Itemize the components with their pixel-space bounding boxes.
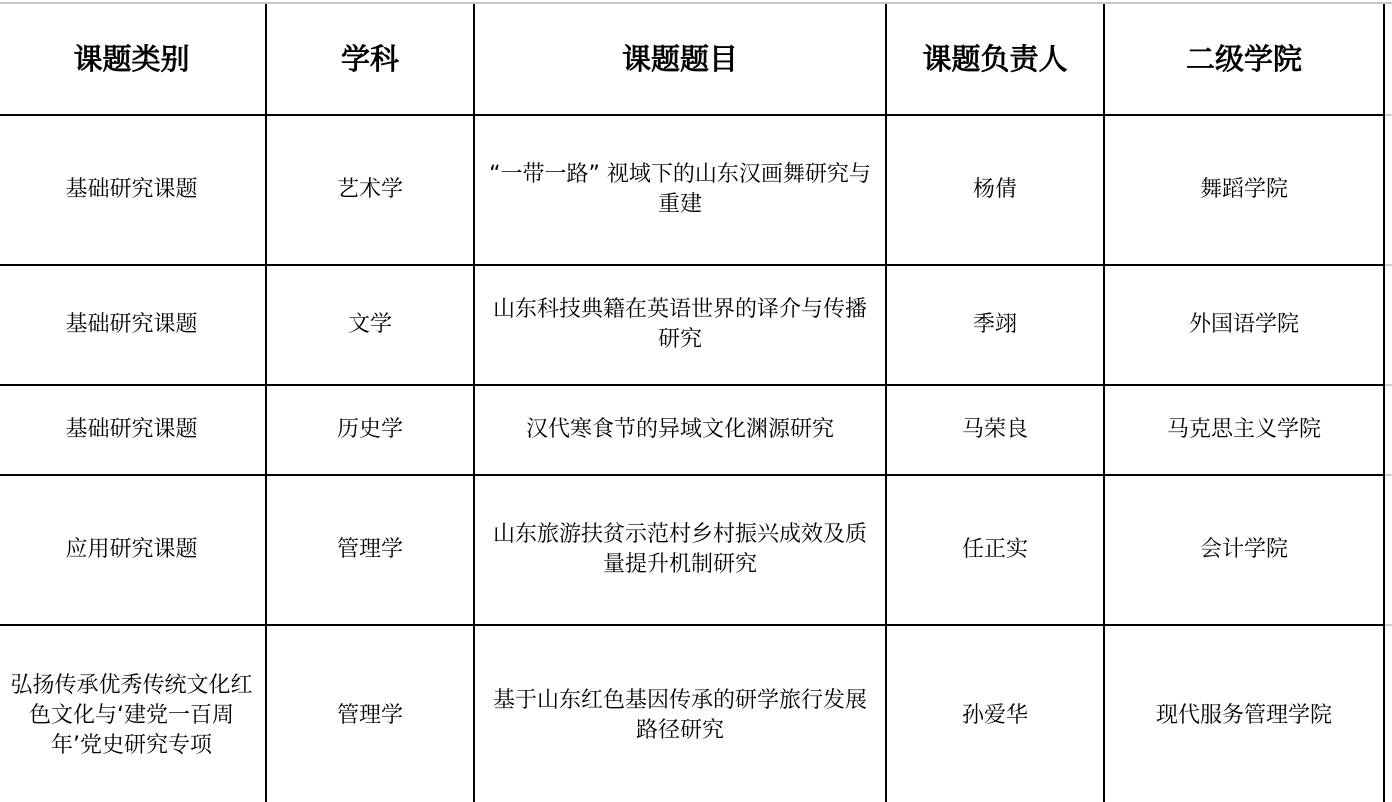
cell-college: 现代服务管理学院 [1104, 625, 1384, 802]
cell-discipline: 艺术学 [266, 115, 474, 265]
cell-title: 汉代寒食节的异域文化渊源研究 [474, 385, 886, 475]
row-divider-stub [1384, 624, 1392, 626]
table-row: 基础研究课题 文学 山东科技典籍在英语世界的译介与传播研究 季翊 外国语学院 [0, 265, 1384, 385]
cell-category: 基础研究课题 [0, 385, 266, 475]
cell-discipline: 管理学 [266, 475, 474, 625]
cell-college: 舞蹈学院 [1104, 115, 1384, 265]
header-category: 课题类别 [0, 4, 266, 115]
research-projects-table: 课题类别 学科 课题题目 课题负责人 二级学院 基础研究课题 艺术学 “一带一路… [0, 4, 1385, 802]
header-leader: 课题负责人 [886, 4, 1104, 115]
header-title: 课题题目 [474, 4, 886, 115]
table-row: 应用研究课题 管理学 山东旅游扶贫示范村乡村振兴成效及质量提升机制研究 任正实 … [0, 475, 1384, 625]
header-college: 二级学院 [1104, 4, 1384, 115]
cell-college: 会计学院 [1104, 475, 1384, 625]
cell-title: 山东科技典籍在英语世界的译介与传播研究 [474, 265, 886, 385]
row-divider-stub [1384, 264, 1392, 266]
cell-leader: 杨倩 [886, 115, 1104, 265]
cell-category: 弘扬传承优秀传统文化红色文化与‘建党一百周年’党史研究专项 [0, 625, 266, 802]
row-divider-stub [1384, 384, 1392, 386]
cell-category: 基础研究课题 [0, 115, 266, 265]
table-row: 基础研究课题 艺术学 “一带一路” 视域下的山东汉画舞研究与重建 杨倩 舞蹈学院 [0, 115, 1384, 265]
cell-college: 外国语学院 [1104, 265, 1384, 385]
table-row: 弘扬传承优秀传统文化红色文化与‘建党一百周年’党史研究专项 管理学 基于山东红色… [0, 625, 1384, 802]
cell-discipline: 文学 [266, 265, 474, 385]
cell-title: 山东旅游扶贫示范村乡村振兴成效及质量提升机制研究 [474, 475, 886, 625]
table-row: 基础研究课题 历史学 汉代寒食节的异域文化渊源研究 马荣良 马克思主义学院 [0, 385, 1384, 475]
row-divider-stub [1384, 114, 1392, 116]
cell-title: 基于山东红色基因传承的研学旅行发展路径研究 [474, 625, 886, 802]
cell-leader: 季翊 [886, 265, 1104, 385]
cell-leader: 马荣良 [886, 385, 1104, 475]
cell-leader: 任正实 [886, 475, 1104, 625]
cell-discipline: 历史学 [266, 385, 474, 475]
cell-title: “一带一路” 视域下的山东汉画舞研究与重建 [474, 115, 886, 265]
cell-leader: 孙爱华 [886, 625, 1104, 802]
header-row: 课题类别 学科 课题题目 课题负责人 二级学院 [0, 4, 1384, 115]
row-divider-stub [1384, 474, 1392, 476]
cell-category: 应用研究课题 [0, 475, 266, 625]
cell-discipline: 管理学 [266, 625, 474, 802]
cell-category: 基础研究课题 [0, 265, 266, 385]
cell-college: 马克思主义学院 [1104, 385, 1384, 475]
header-discipline: 学科 [266, 4, 474, 115]
